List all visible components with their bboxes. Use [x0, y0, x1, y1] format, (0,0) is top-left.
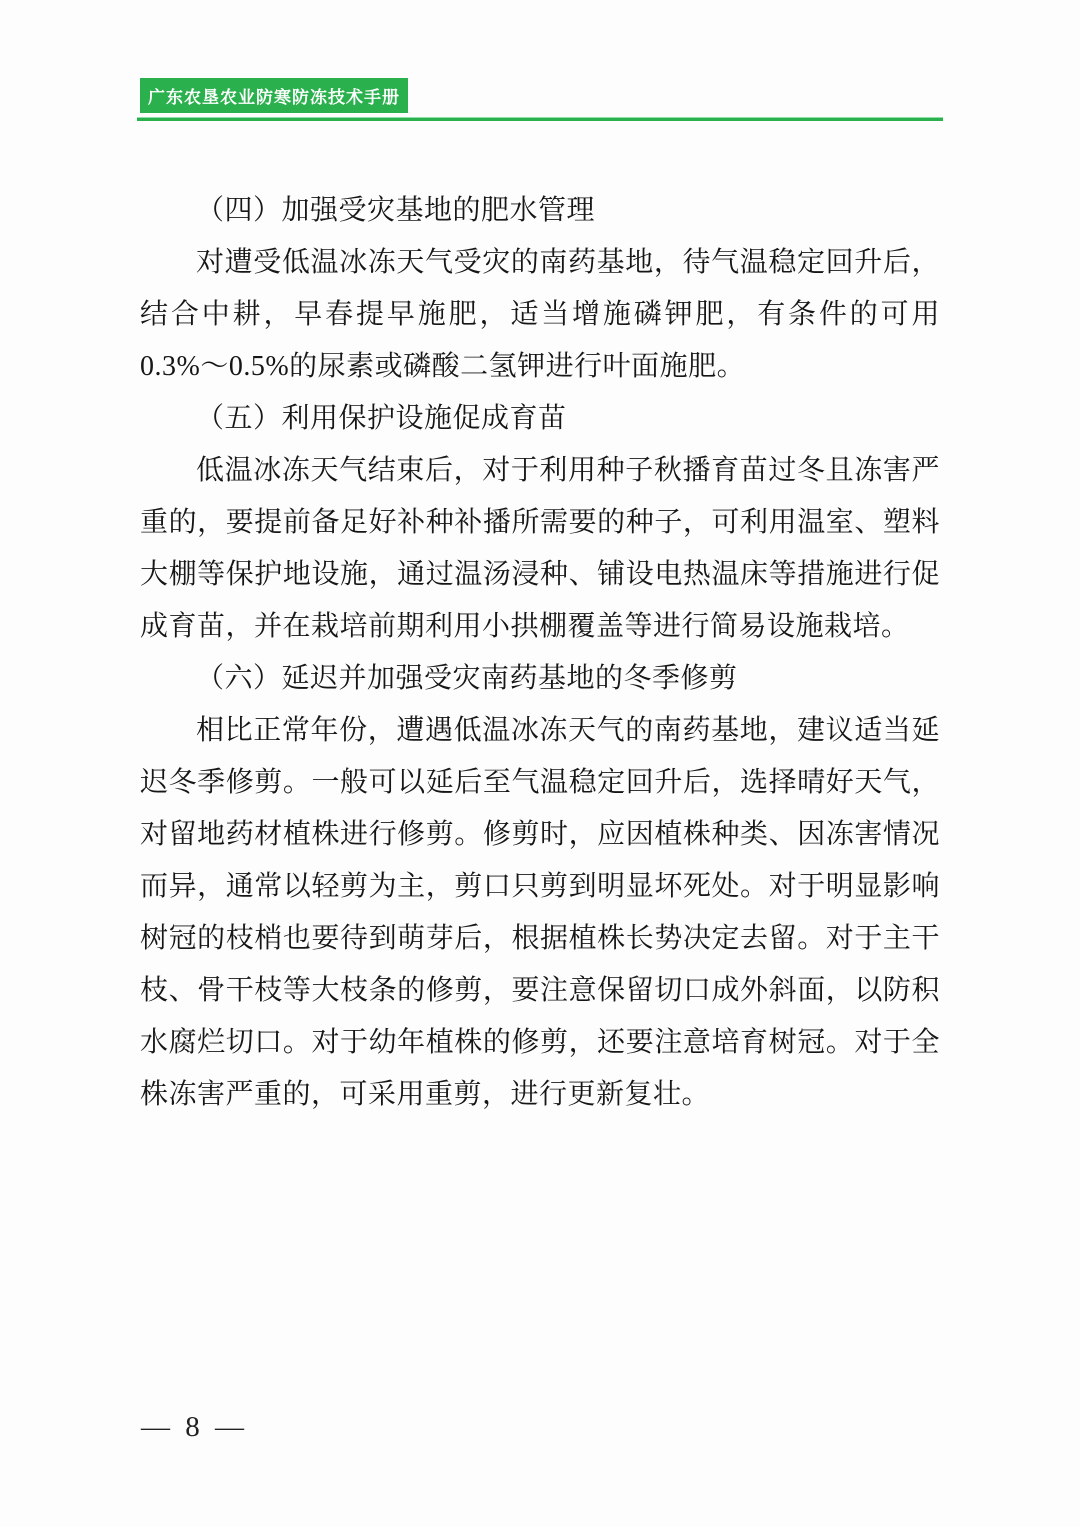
header-badge-label: 广东农垦农业防寒防冻技术手册 — [148, 83, 400, 108]
section-heading-5: （五）利用保护设施促成育苗 — [140, 393, 940, 445]
header-badge: 广东农垦农业防寒防冻技术手册 — [140, 78, 408, 113]
section-paragraph-5: 低温冰冻天气结束后，对于利用种子秋播育苗过冬且冻害严重的，要提前备足好补种补播所… — [140, 445, 940, 653]
section-paragraph-6: 相比正常年份，遭遇低温冰冻天气的南药基地，建议适当延迟冬季修剪。一般可以延后至气… — [140, 705, 940, 1121]
page-number: — 8 — — [141, 1411, 248, 1443]
section-paragraph-4: 对遭受低温冰冻天气受灾的南药基地，待气温稳定回升后，结合中耕，早春提早施肥，适当… — [140, 237, 940, 393]
page-footer: — 8 — — [141, 1412, 248, 1442]
section-heading-6: （六）延迟并加强受灾南药基地的冬季修剪 — [140, 653, 940, 705]
header-rule — [137, 117, 943, 121]
document-content: （四）加强受灾基地的肥水管理 对遭受低温冰冻天气受灾的南药基地，待气温稳定回升后… — [140, 185, 940, 1121]
section-heading-4: （四）加强受灾基地的肥水管理 — [140, 185, 940, 237]
document-page: 广东农垦农业防寒防冻技术手册 （四）加强受灾基地的肥水管理 对遭受低温冰冻天气受… — [0, 0, 1080, 1527]
